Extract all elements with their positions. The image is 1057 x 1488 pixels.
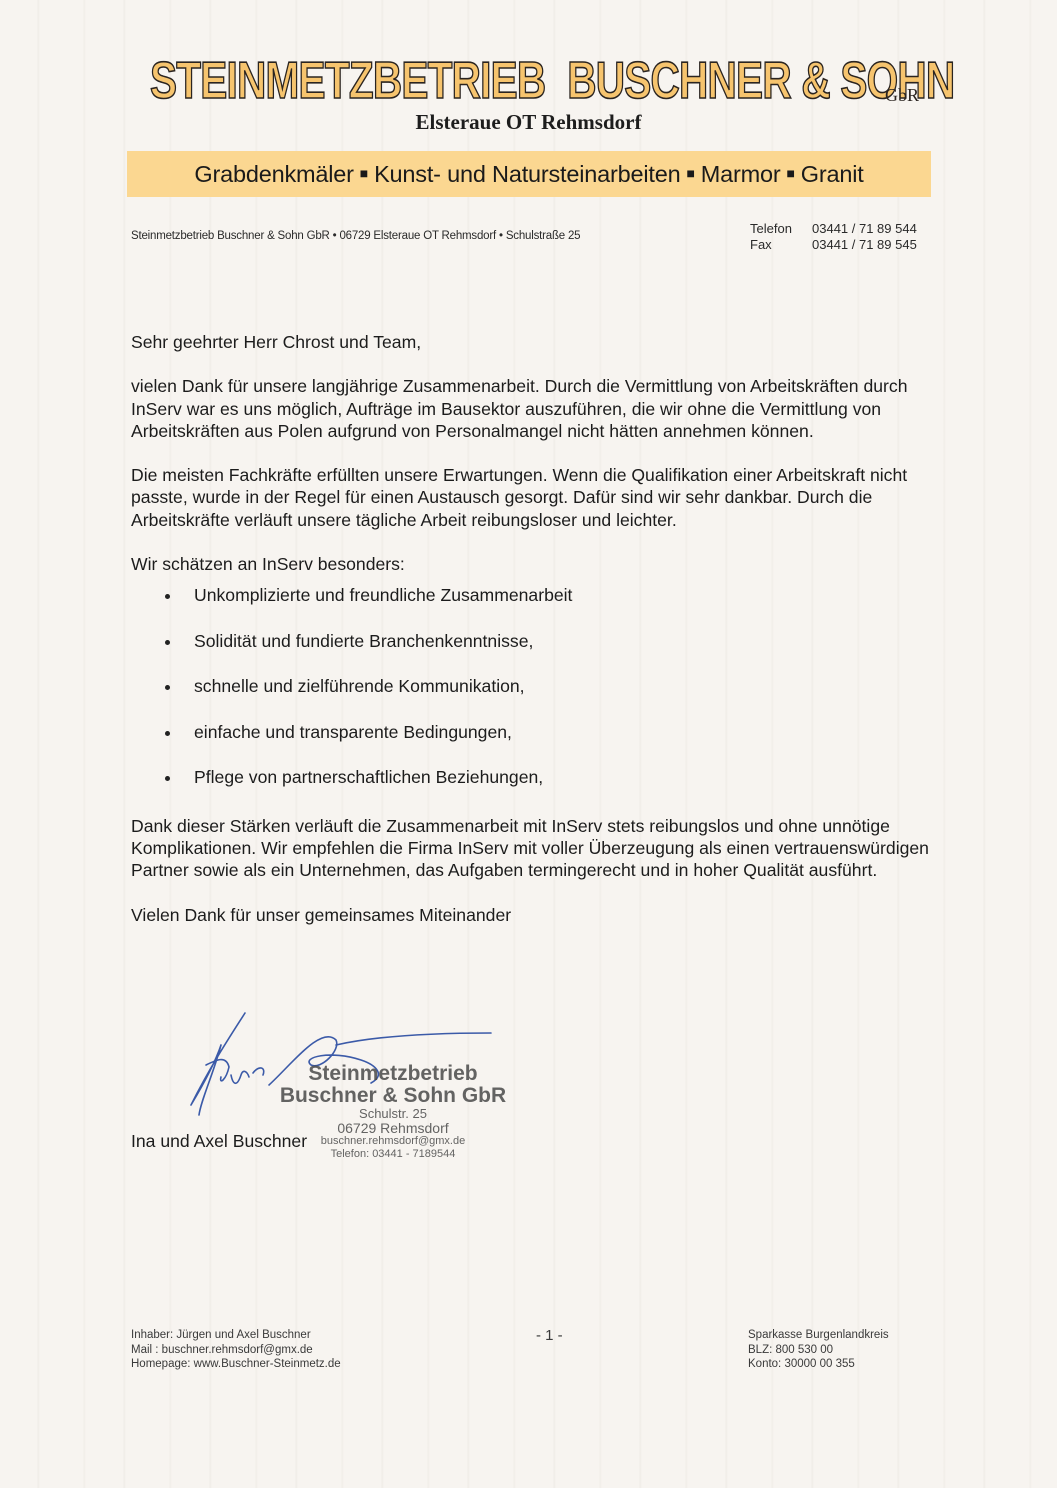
contact-fax: Fax 03441 / 71 89 545: [750, 237, 917, 253]
contact-label: Telefon: [750, 221, 812, 237]
company-logo-text: STEINMETZBETRIEBBUSCHNER & SOHN: [150, 55, 954, 107]
page-number: - 1 -: [536, 1329, 563, 1344]
contact-phone: Telefon 03441 / 71 89 544: [750, 221, 917, 237]
bullet-icon: [165, 776, 170, 781]
letter-body: Sehr geehrter Herr Chrost und Team, viel…: [131, 331, 941, 926]
contact-info: Telefon 03441 / 71 89 544 Fax 03441 / 71…: [750, 221, 917, 253]
list-item: Solidität und fundierte Branchenkenntnis…: [131, 621, 941, 667]
stamp-line: Schulstr. 25: [273, 1107, 513, 1121]
contact-label: Fax: [750, 237, 812, 253]
strengths-list: Unkomplizierte und freundliche Zusammena…: [131, 575, 941, 803]
bullet-icon: [165, 594, 170, 599]
footer-email: Mail : buschner.rehmsdorf@gmx.de: [131, 1343, 341, 1358]
separator-square-icon: ■: [781, 165, 801, 181]
stamp-line: 06729 Rehmsdorf: [273, 1121, 513, 1135]
footer-line: BLZ: 800 530 00: [748, 1343, 889, 1358]
list-item: Unkomplizierte und freundliche Zusammena…: [131, 575, 941, 621]
footer-owner-info: Inhaber: Jürgen und Axel Buschner Mail :…: [131, 1328, 341, 1372]
contact-value: 03441 / 71 89 545: [812, 237, 917, 253]
list-item: Pflege von partnerschaftlichen Beziehung…: [131, 757, 941, 803]
footer-line: Sparkasse Burgenlandkreis: [748, 1328, 889, 1343]
contact-value: 03441 / 71 89 544: [812, 221, 917, 237]
signature-block: Steinmetzbetrieb Buschner & Sohn GbR Sch…: [131, 1005, 551, 1175]
tagline-band: Grabdenkmäler■Kunst- und Natursteinarbei…: [127, 151, 931, 197]
tagline-item: Granit: [801, 161, 864, 187]
paragraph: Die meisten Fachkräfte erfüllten unsere …: [131, 464, 941, 531]
paragraph: vielen Dank für unsere langjährige Zusam…: [131, 375, 941, 442]
company-location: Elsteraue OT Rehmsdorf: [0, 110, 1057, 135]
list-item: schnelle und zielführende Kommunikation,: [131, 666, 941, 712]
sender-address-line: Steinmetzbetrieb Buschner & Sohn GbR • 0…: [131, 230, 580, 242]
paragraph: Dank dieser Stärken verläuft die Zusamme…: [131, 815, 941, 882]
list-item-text: einfache und transparente Bedingungen,: [194, 722, 512, 742]
list-item-text: Pflege von partnerschaftlichen Beziehung…: [194, 767, 543, 787]
separator-square-icon: ■: [680, 165, 700, 181]
stamp-line: Telefon: 03441 - 7189544: [273, 1148, 513, 1161]
tagline: Grabdenkmäler■Kunst- und Natursteinarbei…: [194, 161, 863, 188]
stamp-line: Steinmetzbetrieb: [273, 1063, 513, 1085]
footer-line: Inhaber: Jürgen und Axel Buschner: [131, 1328, 341, 1343]
legal-form: GbR: [885, 85, 919, 106]
tagline-item: Marmor: [701, 161, 781, 187]
tagline-item: Kunst- und Natursteinarbeiten: [374, 161, 680, 187]
company-stamp: Steinmetzbetrieb Buschner & Sohn GbR Sch…: [273, 1063, 513, 1161]
signer-name: Ina und Axel Buschner: [131, 1131, 307, 1152]
bullet-icon: [165, 685, 170, 690]
tagline-item: Grabdenkmäler: [194, 161, 353, 187]
list-item: einfache und transparente Bedingungen,: [131, 712, 941, 758]
company-name-part1: STEINMETZBETRIEB: [150, 52, 545, 110]
footer-bank-info: Sparkasse Burgenlandkreis BLZ: 800 530 0…: [748, 1328, 889, 1372]
footer-homepage: Homepage: www.Buschner-Steinmetz.de: [131, 1357, 341, 1372]
bullet-icon: [165, 731, 170, 736]
stamp-line: buschner.rehmsdorf@gmx.de: [273, 1135, 513, 1148]
closing: Vielen Dank für unser gemeinsames Mitein…: [131, 904, 941, 926]
separator-square-icon: ■: [354, 165, 374, 181]
salutation: Sehr geehrter Herr Chrost und Team,: [131, 331, 941, 353]
footer-line: Konto: 30000 00 355: [748, 1357, 889, 1372]
list-item-text: Solidität und fundierte Branchenkenntnis…: [194, 631, 533, 651]
list-item-text: schnelle und zielführende Kommunikation,: [194, 676, 525, 696]
list-item-text: Unkomplizierte und freundliche Zusammena…: [194, 585, 572, 605]
bullet-icon: [165, 640, 170, 645]
stamp-line: Buschner & Sohn GbR: [273, 1085, 513, 1107]
paragraph: Wir schätzen an InServ besonders:: [131, 553, 941, 575]
